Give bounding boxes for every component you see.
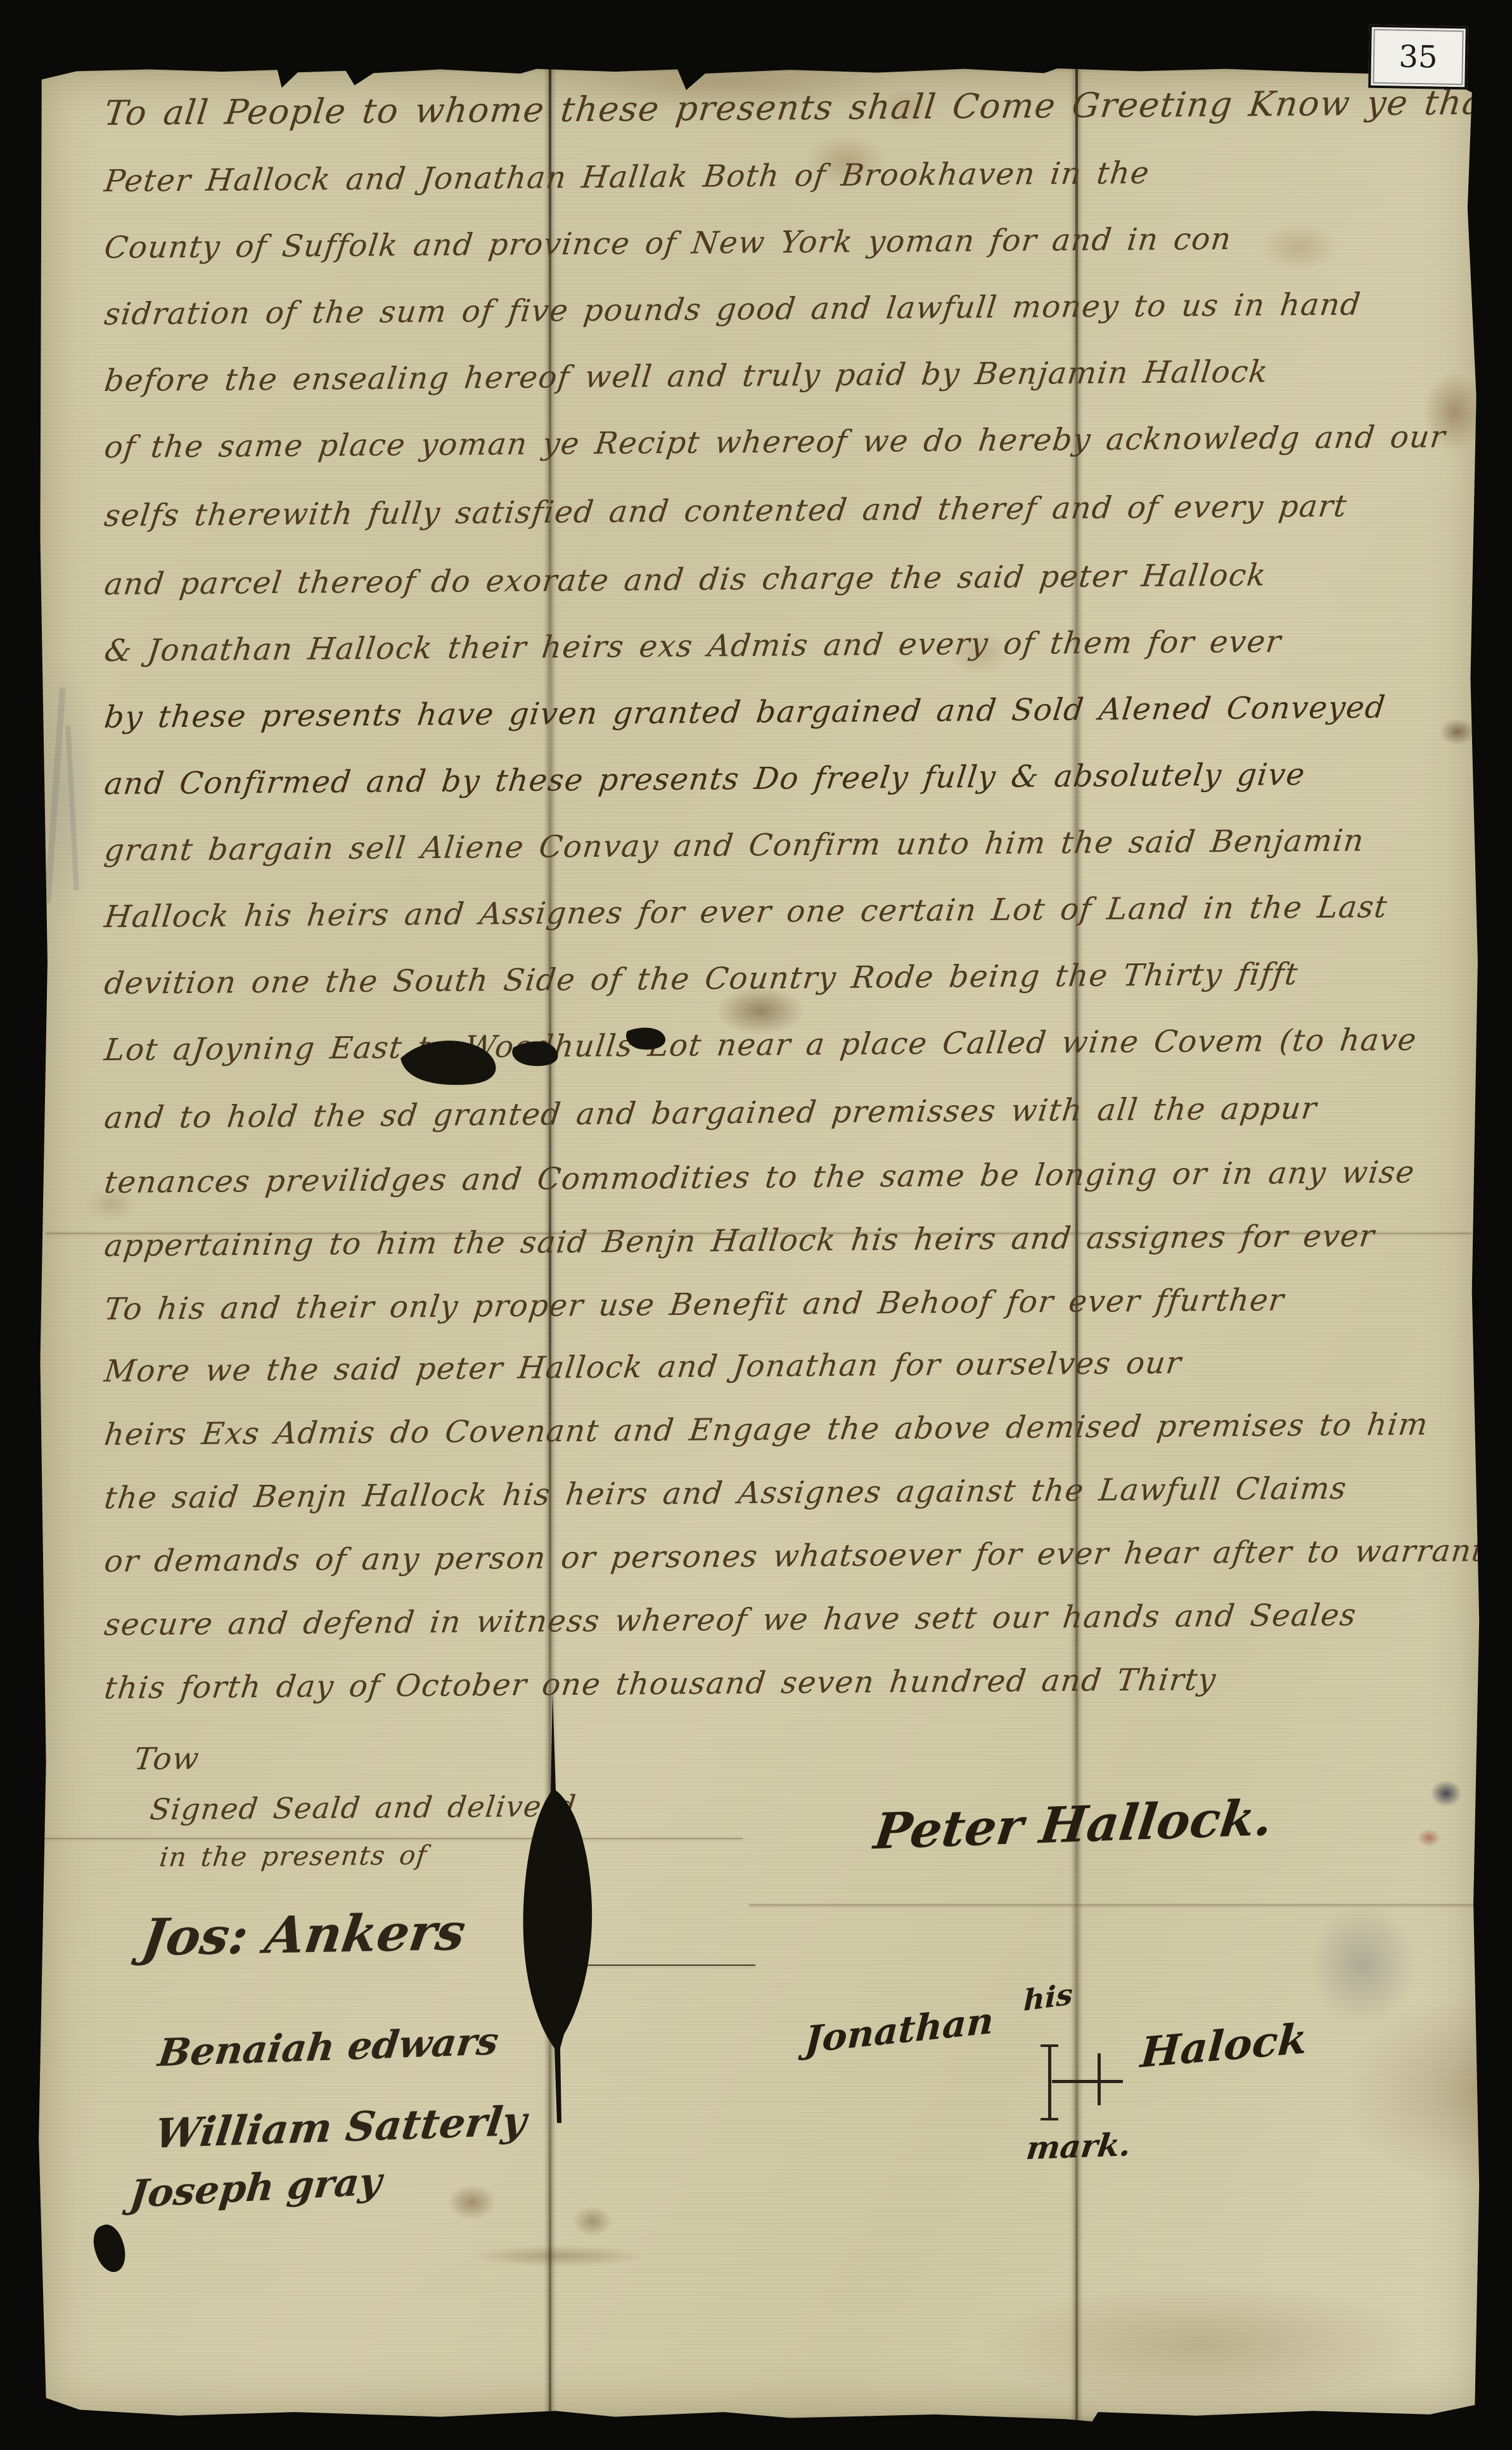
deed-line-16: and to hold the sd granted and bargained… xyxy=(103,1091,1319,1136)
deed-line-10: by these presents have given granted bar… xyxy=(103,689,1388,735)
margin-bleedthrough-mark xyxy=(65,726,79,890)
scanned-deed-screenshot: { "page_label": { "number": "35" }, "doc… xyxy=(0,0,1512,2450)
ink-blot-small-left xyxy=(88,2221,131,2276)
deed-line-23: or demands of any person or persones wha… xyxy=(103,1533,1487,1579)
deed-line-03: County of Suffolk and province of New Yo… xyxy=(103,221,1234,266)
deed-line-04: sidration of the sum of five pounds good… xyxy=(103,286,1363,332)
deed-line-20: More we the said peter Hallock and Jonat… xyxy=(103,1345,1184,1389)
jonathan-mark-symbol xyxy=(1039,2041,1134,2126)
deed-line-11: and Confirmed and by these presents Do f… xyxy=(103,757,1307,802)
deed-line-09: & Jonathan Hallock their heirs exs Admis… xyxy=(103,624,1284,669)
deed-line-26-tow: Tow xyxy=(132,1741,202,1777)
signature-peter-hallock: Peter Hallock. xyxy=(871,1789,1276,1861)
signature-mark-word: mark. xyxy=(1024,2126,1133,2167)
deed-line-05: before the ensealing hereof well and tru… xyxy=(103,354,1271,399)
signature-jonathan-first-name: Jonathan xyxy=(804,1999,994,2061)
witness-signature-joseph-gray: Joseph gray xyxy=(127,2159,383,2217)
deed-line-06: of the same place yoman ye Recipt whereo… xyxy=(103,419,1448,465)
deed-line-15: Lot aJoyning East to Woodhulls Lot near … xyxy=(103,1022,1419,1068)
deed-paper-sheet: To all People to whome these presents sh… xyxy=(33,67,1488,2421)
deed-line-12: grant bargain sell Aliene Convay and Con… xyxy=(103,823,1366,868)
attestation-presents-line: in the presents of xyxy=(158,1840,429,1873)
witness-signature-jos-ankers: Jos: Ankers xyxy=(138,1902,469,1967)
deed-line-08: and parcel thereof do exorate and dis ch… xyxy=(103,558,1269,602)
deed-line-19: To his and their only proper use Benefit… xyxy=(103,1282,1286,1327)
deed-line-24: secure and defend in witness whereof we … xyxy=(103,1597,1359,1643)
deed-line-14: devition one the South Side of the Count… xyxy=(103,956,1300,1001)
deed-line-18: appertaining to him the said Benjn Hallo… xyxy=(103,1218,1377,1264)
signature-jonathan-surname: Halock xyxy=(1139,2013,1309,2077)
ink-blot-large-fold xyxy=(502,1679,641,2136)
witness-signature-william-satterly: William Satterly xyxy=(152,2098,529,2158)
margin-bleedthrough-mark xyxy=(44,688,66,903)
archival-number-label: 35 xyxy=(1368,25,1468,90)
horizontal-crease-left xyxy=(39,1838,743,1839)
deed-line-17: tenances previlidges and Commodities to … xyxy=(103,1155,1417,1200)
deed-line-02: Peter Hallock and Jonathan Hallak Both o… xyxy=(103,155,1152,199)
witness-signature-benaiah-edwars: Benaiah edwars xyxy=(156,2019,501,2075)
deed-line-25: this forth day of October one thousand s… xyxy=(103,1662,1219,1706)
horizontal-crease-right xyxy=(749,1904,1478,1906)
archival-number-text: 35 xyxy=(1399,39,1438,75)
deed-line-22: the said Benjn Hallock his heirs and Ass… xyxy=(103,1471,1349,1516)
deed-line-07: selfs therewith fully satisfied and cont… xyxy=(103,489,1349,534)
signature-his-word: his xyxy=(1023,1977,1073,2018)
deed-line-13: Hallock his heirs and Assignes for ever … xyxy=(103,889,1390,935)
signature-flourish-line xyxy=(553,1965,755,1966)
deed-line-01: To all People to whome these presents sh… xyxy=(102,82,1512,133)
attestation-signed-line: Signed Seald and deliverd xyxy=(148,1789,579,1826)
deed-line-21: heirs Exs Admis do Covenant and Engage t… xyxy=(103,1407,1430,1453)
